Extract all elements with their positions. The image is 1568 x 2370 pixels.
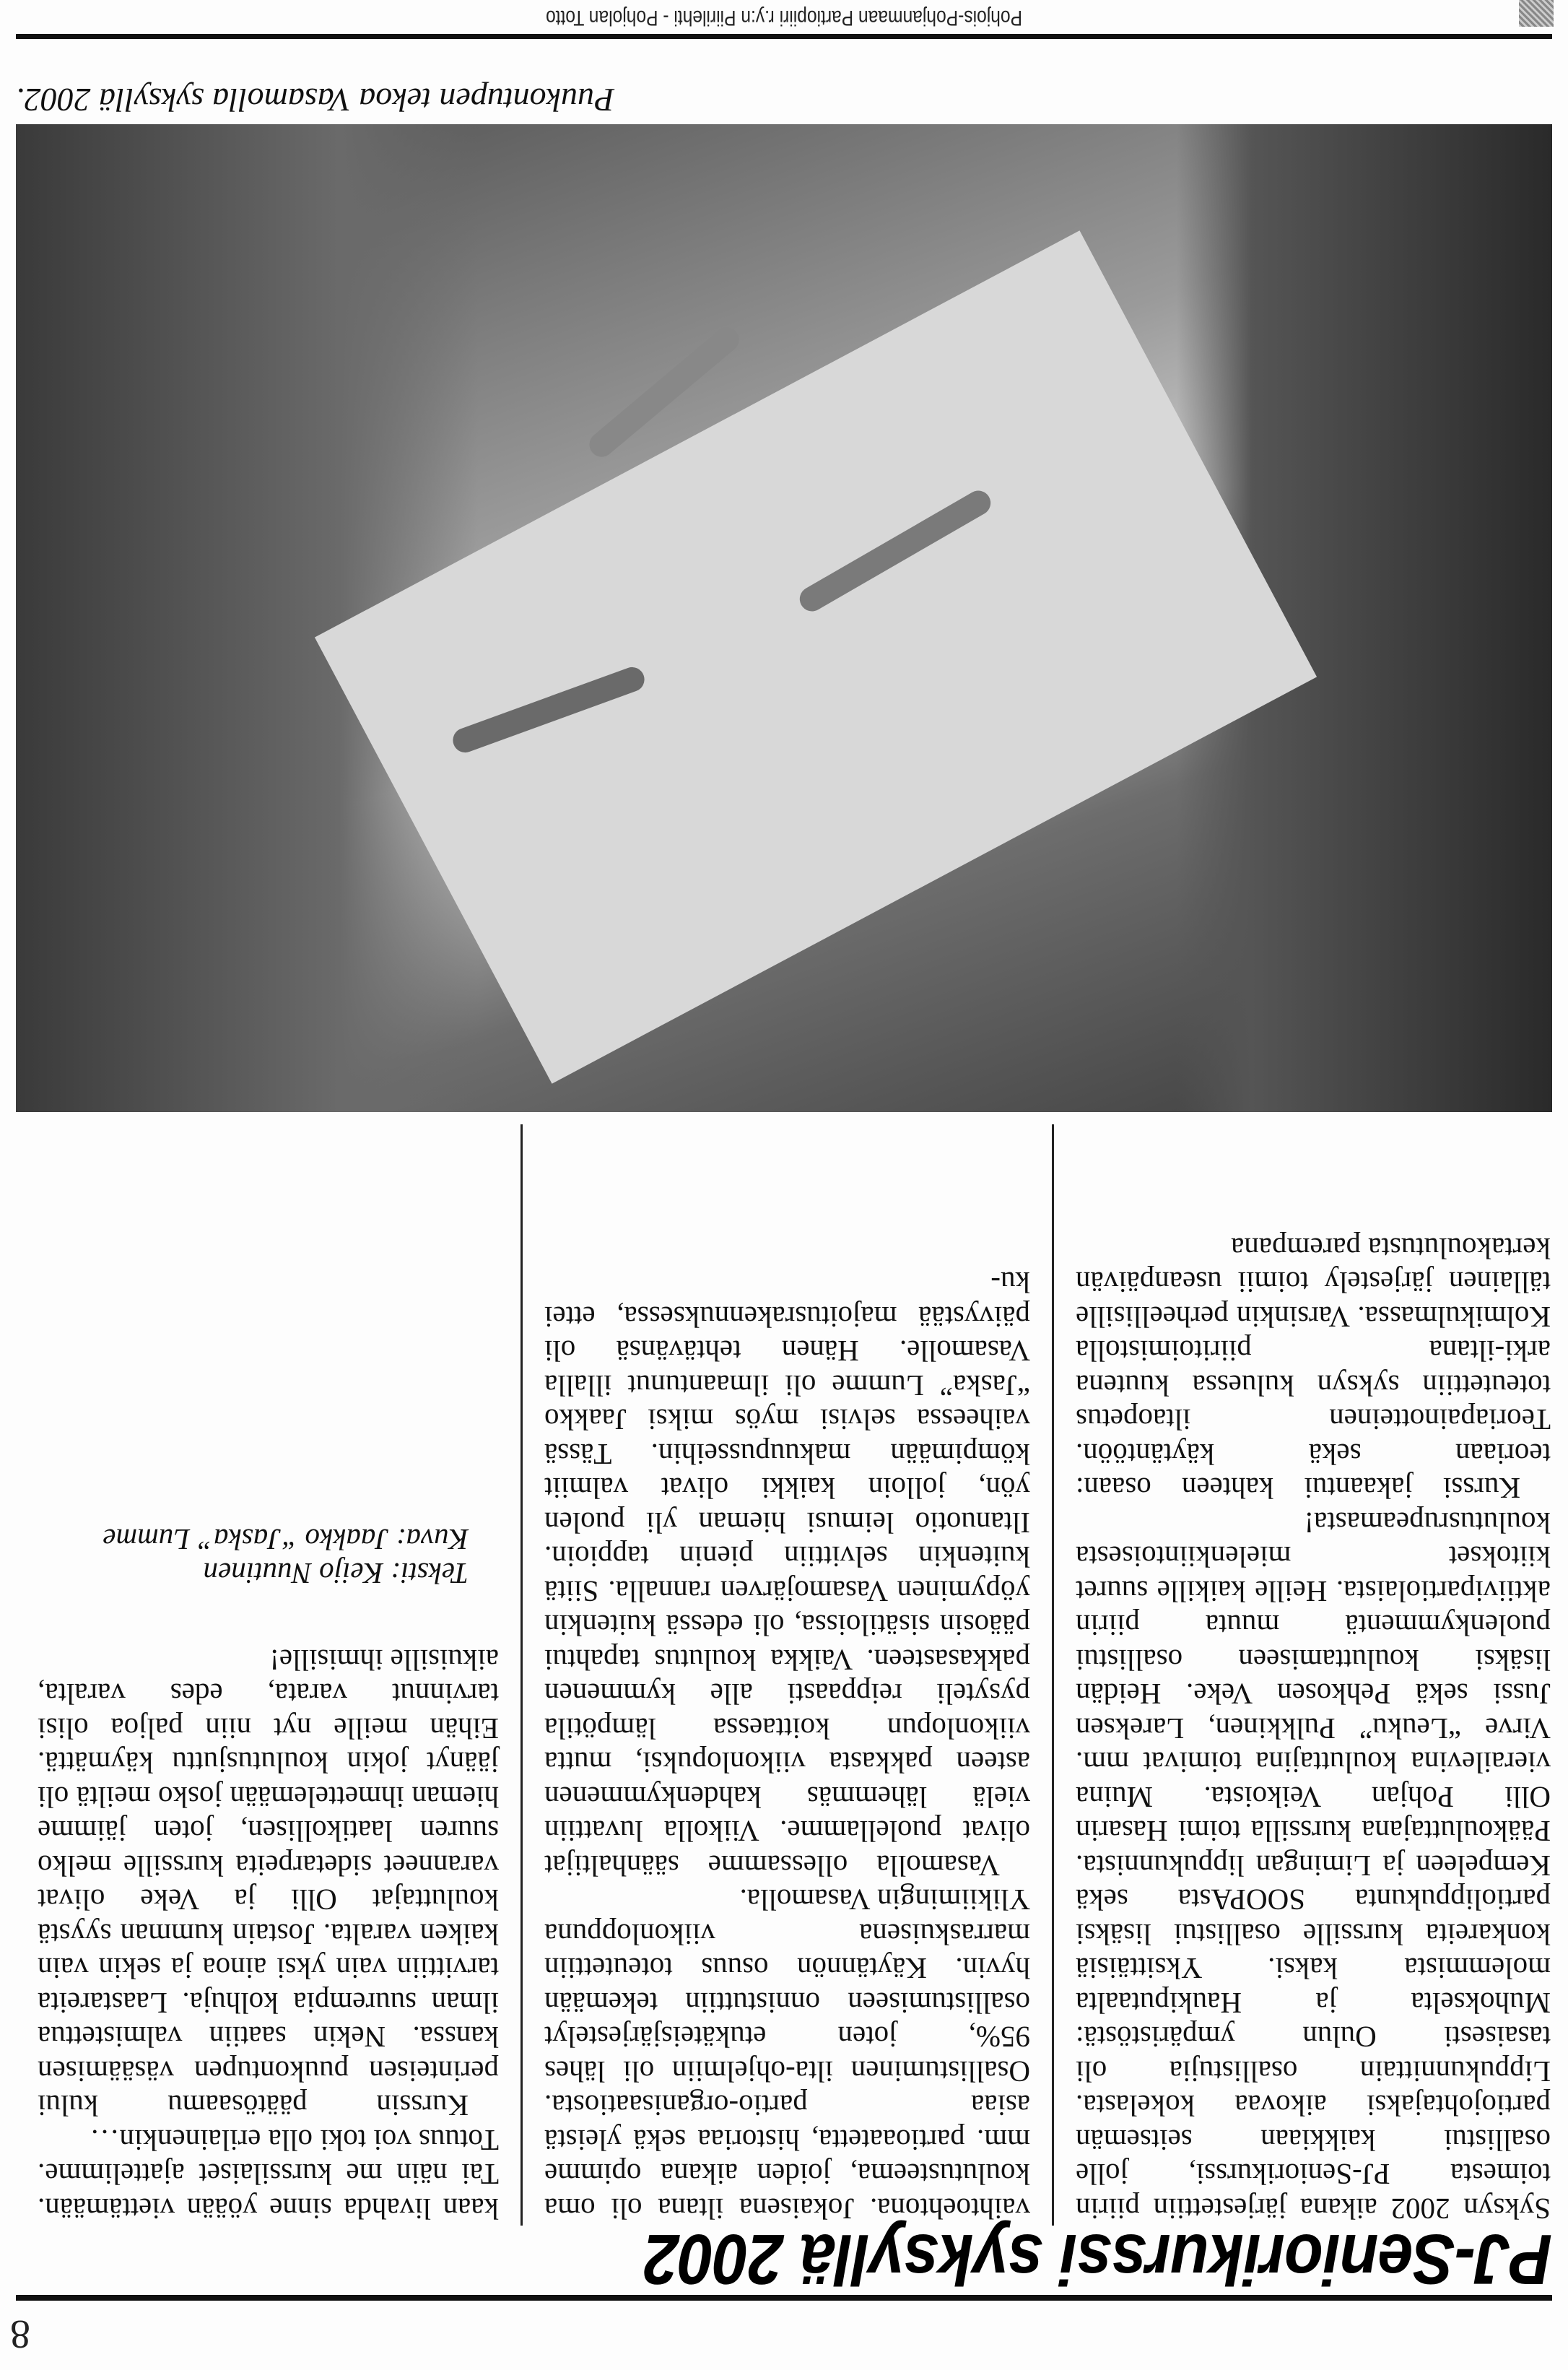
magazine-page: 8 PJ-Seniorikurssi syksyllä 2002 Syksyn … [0,0,1568,2370]
footer-publication: Pohjois-Pohjanmaan Partiopiiri r.y:n Pii… [141,4,1427,30]
header-rule [16,2295,1552,2301]
page-number: 8 [10,2314,30,2354]
paragraph: Kurssi jakaantui kahteen osaan: teoriaan… [1076,1231,1551,1506]
paragraph: Kurssin päätösaamu kului perinteisen puu… [38,1643,499,2123]
photo-caption: Puukontupen tekoa Vasamolla syksyllä 200… [16,81,614,118]
paragraph: kaan livahda sinne yöään viettämään. Tai… [38,2123,499,2226]
article-body: Syksyn 2002 aikana järjestettiin piirin … [16,1124,1552,2226]
article-column-1: Syksyn 2002 aikana järjestettiin piirin … [1054,1124,1552,2226]
article-column-2: vaihtoehtona. Jokaisena iltana oli oma k… [523,1124,1054,2226]
paragraph: Syksyn 2002 aikana järjestettiin piirin … [1076,1506,1551,2226]
paragraph: vaihtoehtona. Jokaisena iltana oli oma k… [544,1883,1030,2226]
byline: Teksti: Keijo Nuutinen Kuva: Jaakko “Jas… [38,1522,499,1591]
corner-tab-marker [1519,0,1554,27]
paragraph: Vasamolla ollessamme säänhaltijat olivat… [544,1265,1030,1883]
article-column-3: kaan livahda sinne yöään viettämään. Tai… [16,1124,523,2226]
article-photo [16,124,1552,1112]
byline-author: Teksti: Keijo Nuutinen [38,1556,469,1591]
footer-rule [16,34,1552,39]
byline-photographer: Kuva: Jaakko “Jaska” Lumme [38,1522,469,1557]
article-headline: PJ-Seniorikurssi syksyllä 2002 [644,2227,1552,2292]
